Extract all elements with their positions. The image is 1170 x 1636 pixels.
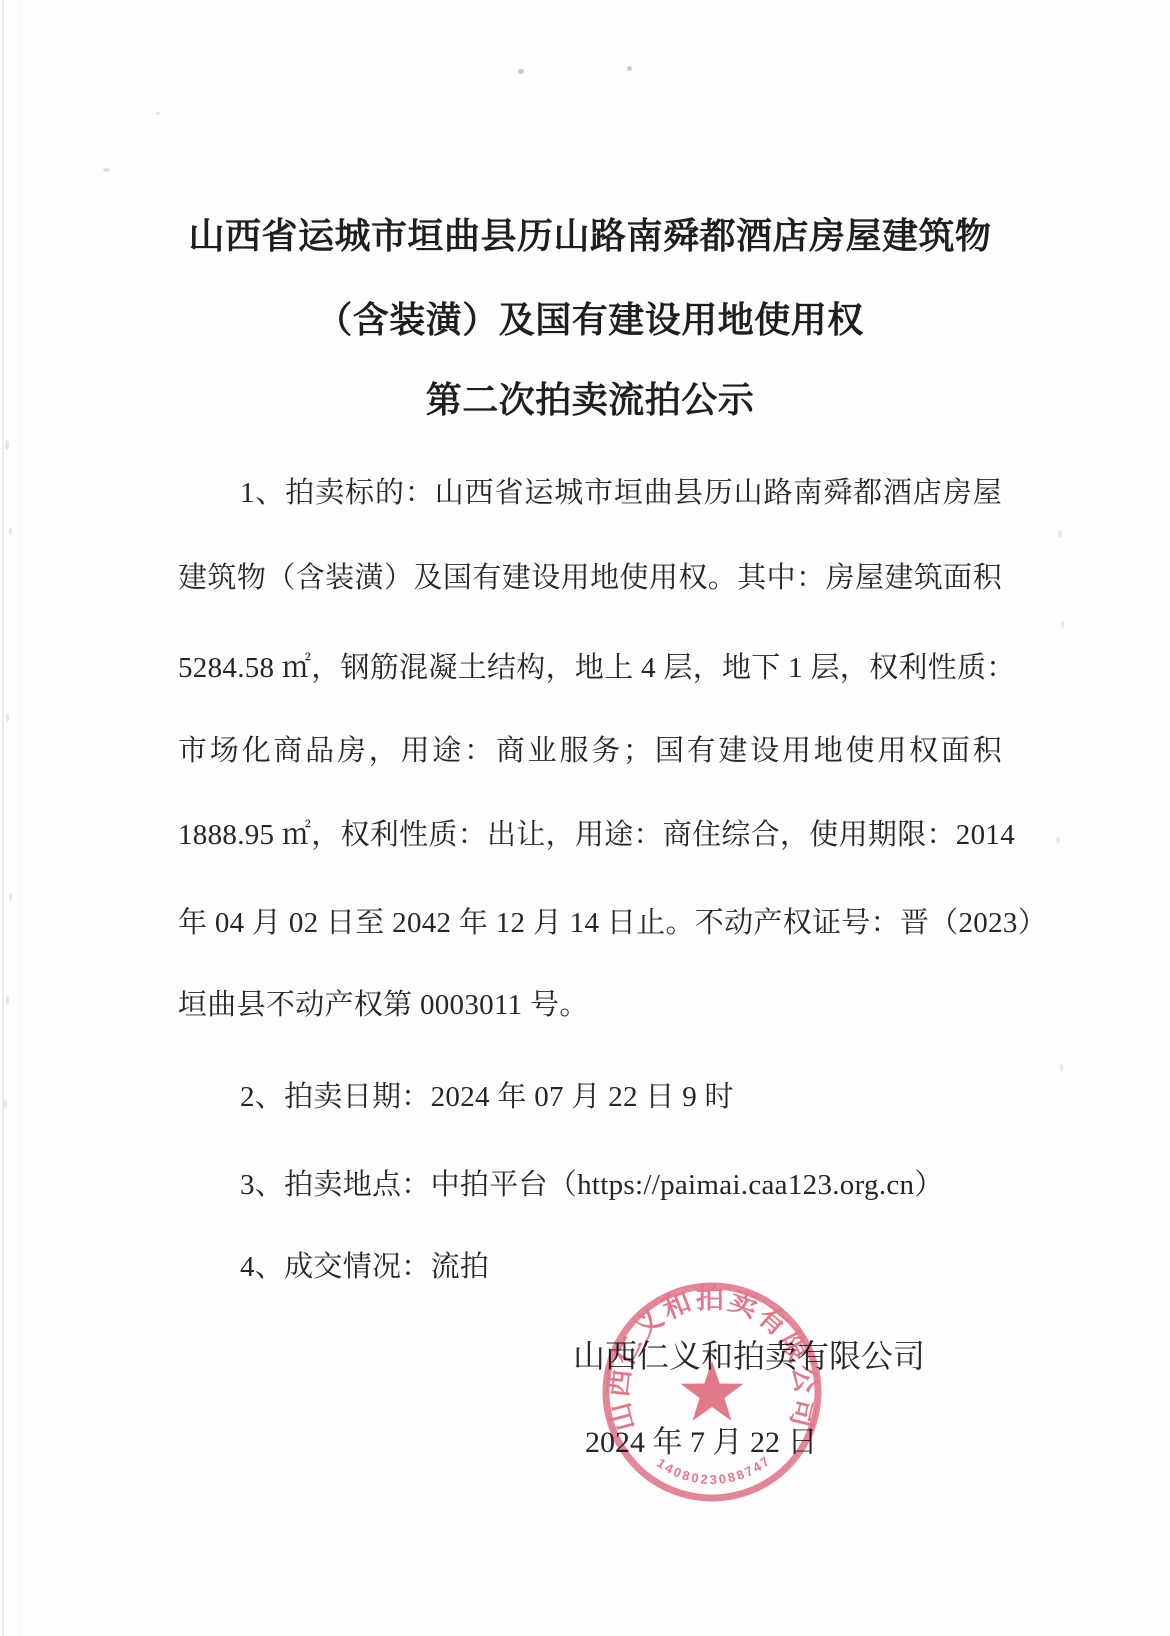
document-title-line-3: 第二次拍卖流拍公示 [178, 372, 1002, 423]
seal-serial-number: 1408023088747 [654, 1452, 774, 1487]
clause3-auction-place: 3、拍卖地点：中拍平台（https://paimai.caa123.org.cn… [178, 1162, 1002, 1203]
clause1-line: 市场化商品房，用途：商业服务；国有建设用地使用权面积 [178, 728, 1002, 769]
scan-speck [1056, 836, 1060, 844]
scan-speck [156, 112, 160, 115]
clause4-result: 4、成交情况：流拍 [178, 1244, 1002, 1285]
company-seal-stamp: 山西仁义和拍卖有限公司 1408023088747 [592, 1272, 832, 1512]
scan-artifact-line [2, 0, 4, 1636]
clause1-line: 1888.95 ㎡，权利性质：出让，用途：商住综合，使用期限：2014 [178, 812, 1002, 853]
document-title-line-2: （含装潢）及国有建设用地使用权 [178, 292, 1002, 343]
document-content: 山西省运城市垣曲县历山路南舜都酒店房屋建筑物 （含装潢）及国有建设用地使用权 第… [178, 0, 1002, 1636]
scan-speck [6, 713, 9, 722]
seal-company-arc-text: 山西仁义和拍卖有限公司 [602, 1283, 822, 1434]
scan-speck [9, 893, 12, 901]
document-page: 山西省运城市垣曲县历山路南舜都酒店房屋建筑物 （含装潢）及国有建设用地使用权 第… [0, 0, 1170, 1636]
scan-speck [1061, 621, 1064, 628]
clause1-line: 年 04 月 02 日至 2042 年 12 月 14 日止。不动产权证号：晋（… [178, 900, 1002, 941]
clause2-auction-date: 2、拍卖日期：2024 年 07 月 22 日 9 时 [178, 1074, 1002, 1115]
scan-speck [5, 440, 9, 450]
clause1-line: 5284.58 ㎡，钢筋混凝土结构，地上 4 层，地下 1 层，权利性质： [178, 645, 1002, 686]
scan-artifact-line [20, 0, 21, 1636]
scan-speck [103, 168, 110, 172]
scan-speck [6, 996, 9, 1005]
scan-speck [9, 527, 12, 535]
document-title-line-1: 山西省运城市垣曲县历山路南舜都酒店房屋建筑物 [178, 208, 1002, 259]
scan-speck [1058, 530, 1062, 538]
star-icon [681, 1361, 744, 1421]
clause1-line: 建筑物（含装潢）及国有建设用地使用权。其中：房屋建筑面积 [178, 555, 1002, 596]
clause1-line: 1、拍卖标的：山西省运城市垣曲县历山路南舜都酒店房屋 [178, 470, 1002, 511]
scan-speck [1060, 1064, 1063, 1071]
clause1-line: 垣曲县不动产权第 0003011 号。 [178, 982, 1002, 1023]
scan-speck [4, 1100, 7, 1108]
